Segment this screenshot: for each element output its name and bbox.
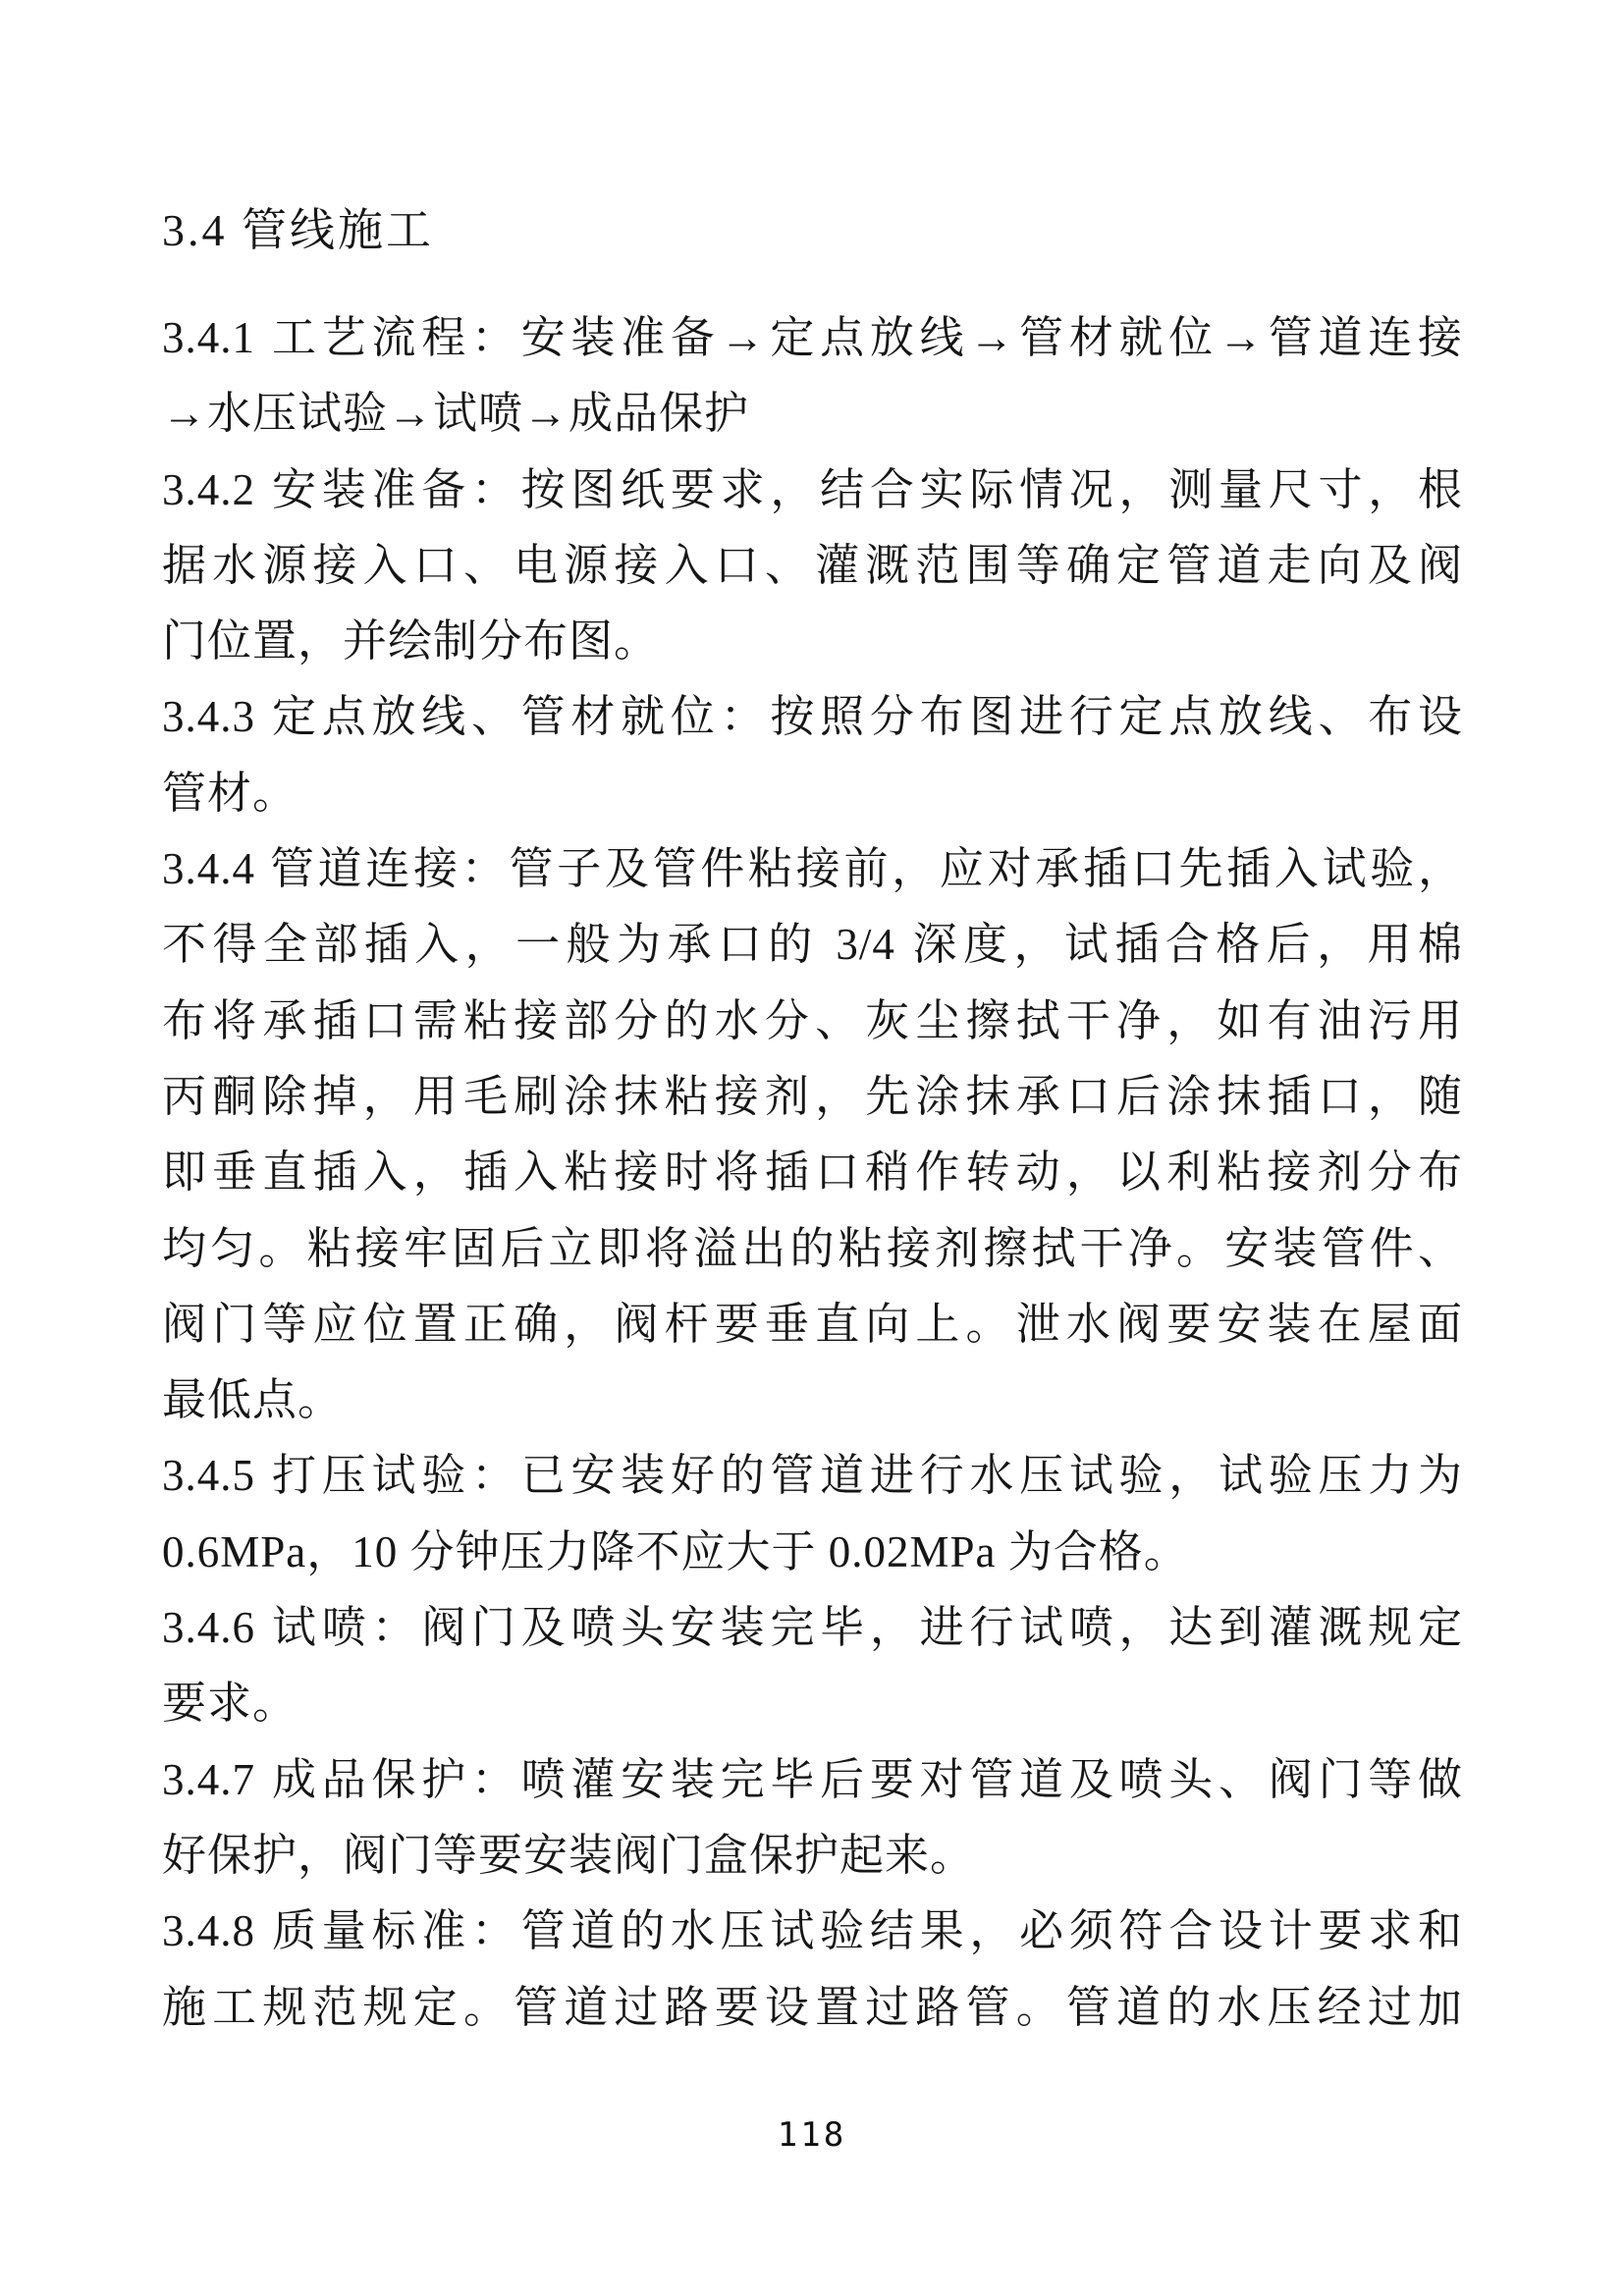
text-line: 布将承插口需粘接部分的水分、灰尘擦拭干净，如有油污用 <box>162 984 1463 1059</box>
text-line: 3.4.6 试喷：阀门及喷头安装完毕，进行试喷，达到灌溉规定 <box>162 1590 1463 1666</box>
text-line: 3.4.8 质量标准：管道的水压试验结果，必须符合设计要求和 <box>162 1894 1463 1969</box>
text-line: →水压试验→试喷→成品保护 <box>162 376 1463 452</box>
text-line: 3.4.2 安装准备：按图纸要求，结合实际情况，测量尺寸，根 <box>162 453 1463 528</box>
text-line: 丙酮除掉，用毛刷涂抹粘接剂，先涂抹承口后涂抹插口，随 <box>162 1059 1463 1135</box>
text-line: 即垂直插入，插入粘接时将插口稍作转动，以利粘接剂分布 <box>162 1135 1463 1210</box>
text-line: 3.4.5 打压试验：已安装好的管道进行水压试验，试验压力为 <box>162 1438 1463 1514</box>
text-line: 不得全部插入，一般为承口的 3/4 深度，试插合格后，用棉 <box>162 907 1463 983</box>
text-line: 门位置，并绘制分布图。 <box>162 604 1463 679</box>
section-heading: 3.4 管线施工 <box>162 192 1463 269</box>
text-line: 要求。 <box>162 1666 1463 1741</box>
text-line: 均匀。粘接牢固后立即将溢出的粘接剂擦拭干净。安装管件、 <box>162 1211 1463 1287</box>
text-line: 据水源接入口、电源接入口、灌溉范围等确定管道走向及阀 <box>162 528 1463 604</box>
text-line: 3.4.7 成品保护：喷灌安装完毕后要对管道及喷头、阀门等做 <box>162 1742 1463 1818</box>
text-line: 3.4.1 工艺流程：安装准备→定点放线→管材就位→管道连接 <box>162 300 1463 376</box>
text-line: 3.4.3 定点放线、管材就位：按照分布图进行定点放线、布设 <box>162 679 1463 755</box>
text-line: 阀门等应位置正确，阀杆要垂直向上。泄水阀要安装在屋面 <box>162 1287 1463 1362</box>
text-line: 管材。 <box>162 756 1463 831</box>
document-page: 3.4 管线施工 3.4.1 工艺流程：安装准备→定点放线→管材就位→管道连接 … <box>0 0 1624 2296</box>
text-line: 施工规范规定。管道过路要设置过路管。管道的水压经过加 <box>162 1970 1463 2046</box>
text-line: 最低点。 <box>162 1362 1463 1438</box>
text-line: 好保护，阀门等要安装阀门盒保护起来。 <box>162 1818 1463 1894</box>
page-number: 118 <box>0 2115 1624 2155</box>
text-line: 3.4.4 管道连接：管子及管件粘接前，应对承插口先插入试验， <box>162 831 1463 907</box>
text-line: 0.6MPa，10 分钟压力降不应大于 0.02MPa 为合格。 <box>162 1515 1463 1590</box>
